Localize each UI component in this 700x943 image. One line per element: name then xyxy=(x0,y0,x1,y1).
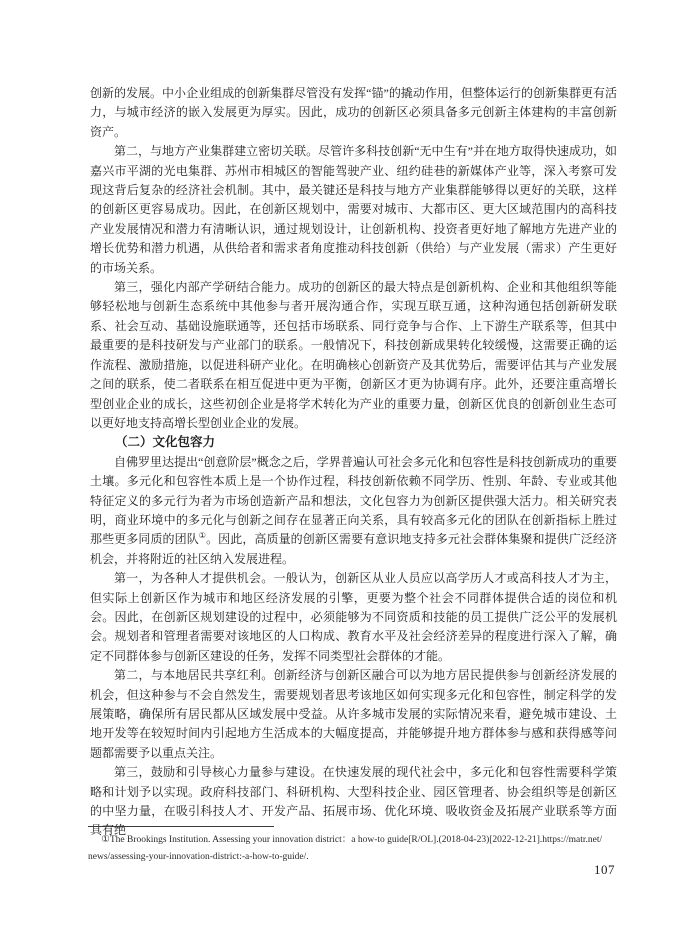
paragraph-talent-opportunities: 第一，为各种人才提供机会。一般认为，创新区从业人员应以高学历人才或高科技人才为主… xyxy=(90,569,617,666)
main-text-column: 创新的发展。中小企业组成的创新集群尽管没有发挥“锚”的撬动作用，但整体运行的创新… xyxy=(90,84,617,841)
footnote-citation-line-1: ①The Brookings Institution. Assessing yo… xyxy=(88,832,618,849)
footnote-block: ①The Brookings Institution. Assessing yo… xyxy=(88,826,618,865)
paragraph-continuation: 创新的发展。中小企业组成的创新集群尽管没有发挥“锚”的撬动作用，但整体运行的创新… xyxy=(90,84,617,142)
book-page: 创新的发展。中小企业组成的创新集群尽管没有发挥“锚”的撬动作用，但整体运行的创新… xyxy=(0,0,700,943)
paragraph-creative-class: 自佛罗里达提出“创意阶层”概念之后，学界普遍认可社会多元化和包容性是科技创新成功… xyxy=(90,453,617,569)
paragraph-industry-academia-research: 第三，强化内部产学研结合能力。成功的创新区的最大特点是创新机构、企业和其他组织等… xyxy=(90,278,617,433)
footnote-reference-mark: ① xyxy=(199,531,206,540)
paragraph-local-industry-cluster: 第二，与地方产业集群建立密切关联。尽管许多科技创新“无中生有”并在地方取得快速成… xyxy=(90,142,617,278)
page-number: 107 xyxy=(594,861,615,878)
footnote-separator-rule xyxy=(88,826,274,827)
paragraph-share-dividends-with-residents: 第二，与本地居民共享红利。创新经济与创新区融合可以为地方居民提供参与创新经济发展… xyxy=(90,666,617,763)
section-heading-cultural-inclusiveness: （二）文化包容力 xyxy=(90,433,617,452)
footnote-citation-line-2: news/assessing-your-innovation-district:… xyxy=(88,849,618,866)
